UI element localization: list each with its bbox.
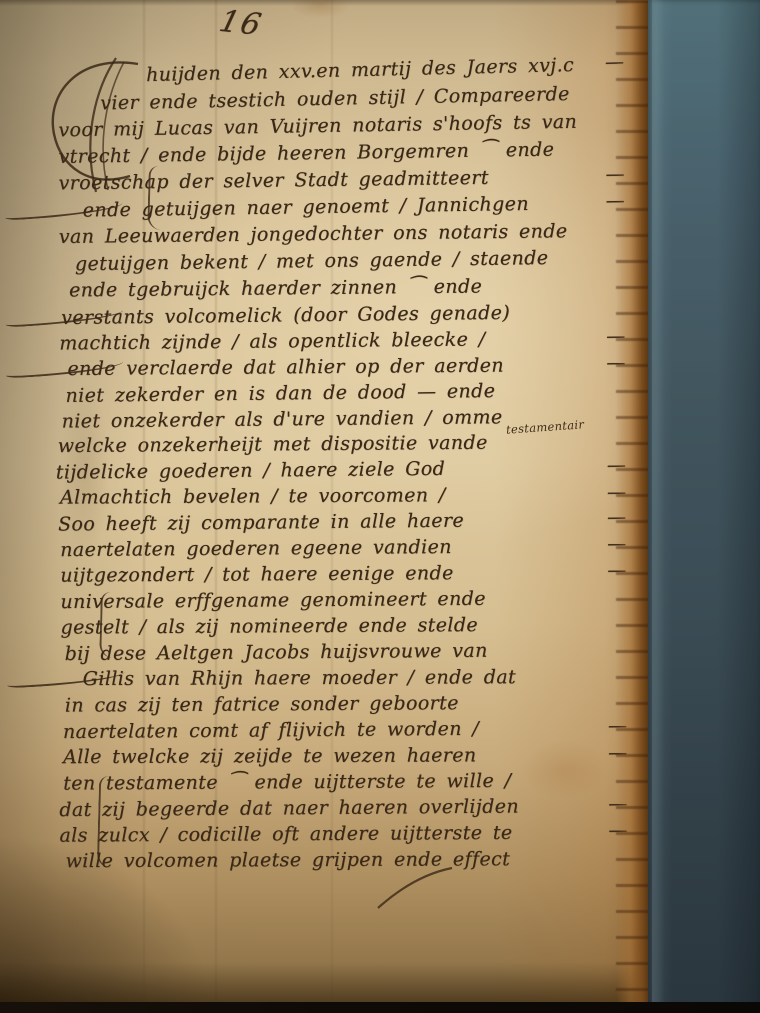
- manuscript-line-text: welcke onzekerheijt met dispositie vande: [58, 432, 488, 457]
- manuscript-line-text: machtich zijnde / als opentlick bleecke …: [59, 328, 485, 354]
- closing-flourish: [370, 862, 460, 912]
- manuscript-line-text: dat zij begeerde dat naer haeren overlij…: [59, 795, 519, 821]
- manuscript-line-text: in cas zij ten fatrice sonder geboorte: [65, 692, 459, 716]
- manuscript-line-text: niet zekerder en is dan de dood — ende: [65, 380, 495, 407]
- manuscript-photo: 16 huijden den xxv.en martij des Jaers x…: [0, 0, 760, 1013]
- manuscript-line: bij dese Aeltgen Jacobs huijsvrouwe van: [1, 638, 643, 669]
- manuscript-line-text: Almachtich bevelen / te voorcomen /: [60, 484, 446, 508]
- pen-bracket: [97, 776, 117, 868]
- manuscript-line-text: vroetschap der selver Stadt geadmitteert: [58, 167, 489, 195]
- manuscript-line-text: als zulcx / codicille oft andere uijtter…: [59, 822, 512, 847]
- manuscript-line-text: gestelt / als zij nomineerde ende stelde: [60, 614, 478, 639]
- manuscript-line-text: niet onzekerder als d'ure vandien / omme: [62, 406, 503, 432]
- pen-bracket: [99, 592, 119, 658]
- manuscript-line: Gillis van Rhijn haere moeder / ende dat: [1, 666, 643, 695]
- manuscript-line-text: naertelaten goederen egeene vandien: [60, 536, 452, 561]
- manuscript-line-text: verstants volcomelick (door Godes genade…: [61, 302, 510, 329]
- manuscript-line-text: huijden den xxv.en martij des Jaers xvj.…: [146, 54, 574, 86]
- manuscript-line-text: ten testamente ⁀ ende uijtterste te will…: [63, 770, 511, 795]
- pen-bracket: [147, 166, 167, 230]
- manuscript-line-text: tijdelicke goederen / haere ziele God: [56, 458, 446, 484]
- manuscript-line: Alle twelcke zij zeijde te wezen haeren—: [1, 744, 643, 773]
- manuscript-line-text: Gillis van Rhijn haere moeder / ende dat: [83, 666, 516, 690]
- manuscript-line-text: uijtgezondert / tot haere eenige ende: [60, 562, 454, 586]
- burnt-page-edge: [616, 0, 652, 1004]
- page-bottom-shadow: [0, 962, 650, 1004]
- photo-bottom-border: [0, 1002, 760, 1013]
- manuscript-line-text: Soo heeft zij comparante in alle haere: [58, 510, 464, 536]
- manuscript-line-text: ende tgebruijck haerder zinnen ⁀ ende: [69, 275, 482, 301]
- manuscript-line-text: ende verclaerde dat alhier op der aerden: [67, 355, 504, 380]
- manuscript-line-text: van Leeuwaerden jongedochter ons notaris…: [59, 220, 568, 248]
- manuscript-line-text: universale erffgename genomineert ende: [60, 588, 486, 613]
- manuscript-line-text: getuijgen bekent / met ons gaende / stae…: [75, 247, 549, 275]
- manuscript-line-text: naertelaten comt af flijvich te worden /: [63, 718, 479, 743]
- book-cover-ridge: [652, 0, 666, 1013]
- manuscript-line: naertelaten comt af flijvich te worden /…: [1, 716, 643, 747]
- manuscript-line-text: Alle twelcke zij zeijde te wezen haeren: [63, 744, 477, 768]
- manuscript-line-text: bij dese Aeltgen Jacobs huijsvrouwe van: [65, 640, 488, 665]
